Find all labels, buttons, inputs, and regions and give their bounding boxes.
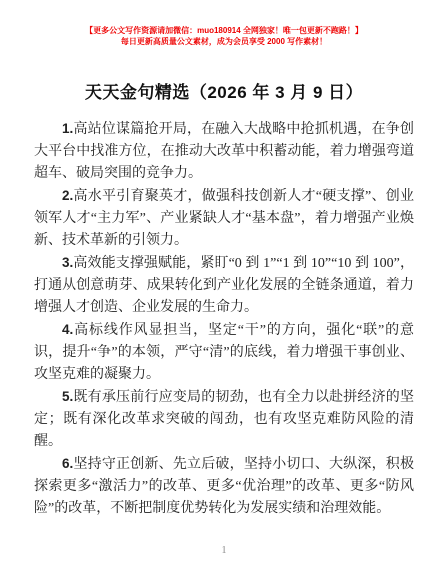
paragraph-number: 1. <box>62 121 73 136</box>
paragraph: 3.高效能支撑强赋能，紧盯“0 到 1”“1 到 10”“10 到 100”，打… <box>34 252 414 319</box>
page-number-footer: 1 <box>0 545 448 556</box>
paragraph: 1.高站位谋篇抢开局，在融入大战略中抢抓机遇，在争创大平台中找准方位，在推动大改… <box>34 118 414 185</box>
paragraph-number: 6. <box>62 456 73 471</box>
paragraph-text: 高标线作风显担当，坚定“干”的方向，强化“联”的意识，提升“争”的本领，严守“清… <box>34 323 414 382</box>
paragraph-text: 高站位谋篇抢开局，在融入大战略中抢抓机遇，在争创大平台中找准方位，在推动大改革中… <box>34 122 414 181</box>
paragraph-number: 2. <box>62 188 73 203</box>
paragraph-number: 5. <box>62 389 73 404</box>
promo-header: 【更多公文写作资源请加微信：muo180914 全网独家！唯一包更新不跑路！】 … <box>0 0 448 47</box>
paragraph-number: 4. <box>62 322 73 337</box>
paragraph-number: 3. <box>62 255 73 270</box>
paragraph: 6.坚持守正创新、先立后破，坚持小切口、大纵深，积极探索更多“激活力”的改革、更… <box>34 453 414 520</box>
paragraph: 4.高标线作风显担当，坚定“干”的方向，强化“联”的意识，提升“争”的本领，严守… <box>34 319 414 386</box>
promo-header-line-2: 每日更新高质量公文素材，成为会员享受 2000 写作素材！ <box>0 36 448 47</box>
document-page: 【更多公文写作资源请加微信：muo180914 全网独家！唯一包更新不跑路！】 … <box>0 0 448 580</box>
paragraph-text: 坚持守正创新、先立后破，坚持小切口、大纵深，积极探索更多“激活力”的改革、更多“… <box>34 457 414 516</box>
paragraph-text: 高水平引育聚英才，做强科技创新人才“硬支撑”、创业领军人才“主力军”、产业紧缺人… <box>34 189 414 248</box>
document-body: 1.高站位谋篇抢开局，在融入大战略中抢抓机遇，在争创大平台中找准方位，在推动大改… <box>34 118 414 520</box>
paragraph: 5.既有承压前行应变局的韧劲，也有全力以赴拼经济的坚定；既有深化改革求突破的闯劲… <box>34 386 414 453</box>
page-title: 天天金句精选（2026 年 3 月 9 日） <box>0 80 448 106</box>
paragraph: 2.高水平引育聚英才，做强科技创新人才“硬支撑”、创业领军人才“主力军”、产业紧… <box>34 185 414 252</box>
promo-header-line-1: 【更多公文写作资源请加微信：muo180914 全网独家！唯一包更新不跑路！】 <box>0 25 448 36</box>
paragraph-text: 既有承压前行应变局的韧劲，也有全力以赴拼经济的坚定；既有深化改革求突破的闯劲，也… <box>34 390 414 449</box>
paragraph-text: 高效能支撑强赋能，紧盯“0 到 1”“1 到 10”“10 到 100”，打通从… <box>34 256 414 315</box>
